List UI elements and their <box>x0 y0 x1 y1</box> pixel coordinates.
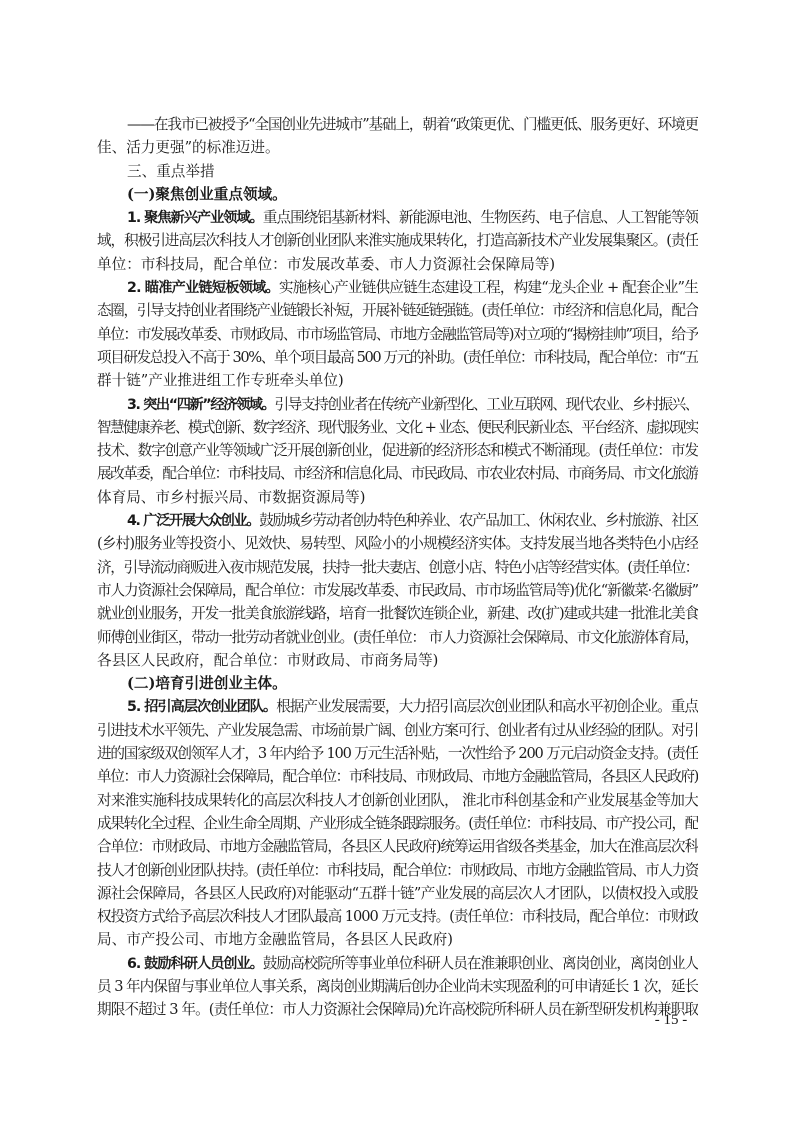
text-line: ——在我市已被授予“全国创业先进城市”基础上，朝着“政策更优、门槛更低、服务更好… <box>97 113 698 136</box>
line-text: (乡村)服务业等投资小、见效快、易转型、风险小的小规模经济实体。支持发展当地各类… <box>97 535 698 552</box>
line-text: 局、市产投公司、市地方金融监管局，各县区人民政府) <box>97 931 453 948</box>
line-text: 源社会保障局，各县区人民政府)对能驱动“五群十链”产业发展的高层次人才团队，以债… <box>97 885 698 902</box>
text-line: 局、市产投公司、市地方金融监管局，各县区人民政府) <box>97 928 698 951</box>
item-heading: 3. 突出“四新”经济领域。 <box>127 397 274 413</box>
text-line: 域，积极引进高层次科技人才创新创业团队来淮实施成果转化，打造高新技术产业发展集聚… <box>97 229 698 252</box>
text-line: 源社会保障局，各县区人民政府)对能驱动“五群十链”产业发展的高层次人才团队，以债… <box>97 882 698 905</box>
text-line: 体育局、市乡村振兴局、市数据资源局等) <box>97 486 698 509</box>
text-line: 技术、数字创意产业等领域广泛开展创新创业，促进新的经济形态和模式不断涌现。(责任… <box>97 439 698 462</box>
text-line: 济，引导流动商贩进入夜市规范发展，扶持一批夫妻店、创意小店、特色小店等经营实体。… <box>97 556 698 579</box>
line-text: 成果转化全过程、企业生命全周期、产业形成全链条跟踪服务。(责任单位：市科技局、市… <box>97 815 698 832</box>
line-text: 单位：市人力资源社会保障局，配合单位：市科技局、市财政局、市地方金融监管局，各县… <box>97 768 698 785</box>
text-line: 群十链”产业推进组工作专班牵头单位) <box>97 369 698 392</box>
text-line: (一)聚焦创业重点领域。 <box>97 183 698 206</box>
text-line: 成果转化全过程、企业生命全周期、产业形成全链条跟踪服务。(责任单位：市科技局、市… <box>97 812 698 835</box>
line-text: 济，引导流动商贩进入夜市规范发展，扶持一批夫妻店、创意小店、特色小店等经营实体。… <box>97 559 698 576</box>
item-heading: 1. 聚焦新兴产业领域。 <box>127 210 263 226</box>
page-number: - 15 - <box>646 1012 696 1029</box>
text-line: 6. 鼓励科研人员创业。鼓励高校院所等事业单位科研人员在淮兼职创业、离岗创业，离… <box>97 952 698 975</box>
line-text: 实施核心产业链供应链生态建设工程，构建“龙头企业 + 配套企业”生 <box>279 279 698 296</box>
line-text: 技术、数字创意产业等领域广泛开展创新创业，促进新的经济形态和模式不断涌现。(责任… <box>97 442 698 459</box>
text-line: 权投资方式给予高层次科技人才团队最高 1000 万元支持。(责任单位：市科技局，… <box>97 905 698 928</box>
line-text: 对来淮实施科技成果转化的高层次科技人才创新创业团队， 淮北市科创基金和产业发展基… <box>97 792 698 809</box>
text-line: 期限不超过 3 年。(责任单位：市人力资源社会保障局)允许高校院所科研人员在新型… <box>97 998 698 1021</box>
item-heading: 5. 招引高层次创业团队。 <box>127 699 276 715</box>
line-text: 展改革委，配合单位：市科技局、市经济和信息化局、市民政局、市农业农村局、市商务局… <box>97 465 698 482</box>
text-line: 合单位：市财政局、市地方金融监管局，各县区人民政府)统筹运用省级各类基金，加大在… <box>97 835 698 858</box>
section-heading: (二)培育引进创业主体。 <box>127 675 287 692</box>
text-line: 师傅创业街区，带动一批劳动者就业创业。(责任单位： 市人力资源社会保障局、市文化… <box>97 626 698 649</box>
text-line: 展改革委，配合单位：市科技局、市经济和信息化局、市民政局、市农业农村局、市商务局… <box>97 462 698 485</box>
line-text: 权投资方式给予高层次科技人才团队最高 1000 万元支持。(责任单位：市科技局，… <box>97 908 698 925</box>
text-line: (乡村)服务业等投资小、见效快、易转型、风险小的小规模经济实体。支持发展当地各类… <box>97 532 698 555</box>
line-text: 鼓励城乡劳动者创办特色种养业、农产品加工、休闲农业、乡村旅游、社区 <box>259 512 698 529</box>
text-line: 5. 招引高层次创业团队。根据产业发展需要，大力招引高层次创业团队和高水平初创企… <box>97 695 698 718</box>
text-line: 单位：市发展改革委、市财政局、市市场监管局、市地方金融监管局等)对立项的“揭榜挂… <box>97 323 698 346</box>
text-line: 2. 瞄准产业链短板领域。实施核心产业链供应链生态建设工程，构建“龙头企业 + … <box>97 276 698 299</box>
text-line: (二)培育引进创业主体。 <box>97 672 698 695</box>
line-text: ——在我市已被授予“全国创业先进城市”基础上，朝着“政策更优、门槛更低、服务更好… <box>127 116 698 133</box>
line-text: 引进技术水平领先、产业发展急需、市场前景广阔、创业方案可行、创业者有过从业经验的… <box>97 722 698 739</box>
text-line: 引进技术水平领先、产业发展急需、市场前景广阔、创业方案可行、创业者有过从业经验的… <box>97 719 698 742</box>
line-text: 佳、活力更强”的标准迈进。 <box>97 139 280 156</box>
text-line: 对来淮实施科技成果转化的高层次科技人才创新创业团队， 淮北市科创基金和产业发展基… <box>97 789 698 812</box>
text-line: 单位：市科技局，配合单位：市发展改革委、市人力资源社会保障局等) <box>97 253 698 276</box>
text-line: 员 3 年内保留与事业单位人事关系，离岗创业期满后创办企业尚未实现盈利的可申请延… <box>97 975 698 998</box>
text-line: 市人力资源社会保障局，配合单位：市发展改革委、市民政局、市市场监管局等)优化“新… <box>97 579 698 602</box>
line-text: 合单位：市财政局、市地方金融监管局，各县区人民政府)统筹运用省级各类基金，加大在… <box>97 838 698 855</box>
text-line: 1. 聚焦新兴产业领域。重点围绕铝基新材料、新能源电池、生物医药、电子信息、人工… <box>97 206 698 229</box>
line-text: 引导支持创业者在传统产业新型化、工业互联网、现代农业、乡村振兴、 <box>274 396 698 413</box>
line-text: 根据产业发展需要，大力招引高层次创业团队和高水平初创企业。重点 <box>276 698 698 715</box>
line-text: 鼓励高校院所等事业单位科研人员在淮兼职创业、离岗创业，离岗创业人 <box>263 955 698 972</box>
line-text: 项目研发总投入不高于 30%、单个项目最高 500 万元的补助。(责任单位：市科… <box>97 349 698 366</box>
line-text: 就业创业服务，开发一批美食旅游线路，培育一批餐饮连锁企业，新建、改(扩)建或共建… <box>97 605 698 622</box>
item-heading: 2. 瞄准产业链短板领域。 <box>127 280 279 296</box>
line-text: 员 3 年内保留与事业单位人事关系，离岗创业期满后创办企业尚未实现盈利的可申请延… <box>97 978 698 995</box>
line-text: 态圈，引导支持创业者围绕产业链锻长补短，开展补链延链强链。(责任单位：市经济和信… <box>97 302 698 319</box>
text-line: 智慧健康养老、模式创新、数字经济、现代服务业、文化 + 业态、便民利民新业态、平… <box>97 416 698 439</box>
text-line: 进的国家级双创领军人才，3 年内给予 100 万元生活补贴，一次性给予 200 … <box>97 742 698 765</box>
text-line: 态圈，引导支持创业者围绕产业链锻长补短，开展补链延链强链。(责任单位：市经济和信… <box>97 299 698 322</box>
item-heading: 6. 鼓励科研人员创业。 <box>127 956 263 972</box>
line-text: 技人才创新创业团队扶持。(责任单位：市科技局，配合单位：市财政局、市地方金融监管… <box>97 862 698 879</box>
text-line: 各县区人民政府，配合单位：市财政局、市商务局等) <box>97 649 698 672</box>
line-text: 体育局、市乡村振兴局、市数据资源局等) <box>97 489 365 506</box>
section-heading: (一)聚焦创业重点领域。 <box>127 186 287 203</box>
body-text: ——在我市已被授予“全国创业先进城市”基础上，朝着“政策更优、门槛更低、服务更好… <box>97 113 698 1022</box>
line-text: 域，积极引进高层次科技人才创新创业团队来淮实施成果转化，打造高新技术产业发展集聚… <box>97 232 698 249</box>
text-line: 项目研发总投入不高于 30%、单个项目最高 500 万元的补助。(责任单位：市科… <box>97 346 698 369</box>
text-line: 技人才创新创业团队扶持。(责任单位：市科技局，配合单位：市财政局、市地方金融监管… <box>97 859 698 882</box>
document-page: ——在我市已被授予“全国创业先进城市”基础上，朝着“政策更优、门槛更低、服务更好… <box>0 0 793 1122</box>
line-text: 市人力资源社会保障局，配合单位：市发展改革委、市民政局、市市场监管局等)优化“新… <box>97 582 698 599</box>
item-heading: 4. 广泛开展大众创业。 <box>127 513 259 529</box>
line-text: 重点围绕铝基新材料、新能源电池、生物医药、电子信息、人工智能等领 <box>263 209 698 226</box>
line-text: 三、重点举措 <box>127 163 215 180</box>
line-text: 师傅创业街区，带动一批劳动者就业创业。(责任单位： 市人力资源社会保障局、市文化… <box>97 629 698 646</box>
text-line: 三、重点举措 <box>97 160 698 183</box>
text-line: 佳、活力更强”的标准迈进。 <box>97 136 698 159</box>
line-text: 单位：市发展改革委、市财政局、市市场监管局、市地方金融监管局等)对立项的“揭榜挂… <box>97 326 698 343</box>
line-text: 群十链”产业推进组工作专班牵头单位) <box>97 372 344 389</box>
line-text: 单位：市科技局，配合单位：市发展改革委、市人力资源社会保障局等) <box>97 256 555 273</box>
line-text: 进的国家级双创领军人才，3 年内给予 100 万元生活补贴，一次性给予 200 … <box>97 745 698 762</box>
line-text: 各县区人民政府，配合单位：市财政局、市商务局等) <box>97 652 438 669</box>
line-text: 期限不超过 3 年。(责任单位：市人力资源社会保障局)允许高校院所科研人员在新型… <box>97 1001 698 1018</box>
text-line: 单位：市人力资源社会保障局，配合单位：市科技局、市财政局、市地方金融监管局，各县… <box>97 765 698 788</box>
text-line: 就业创业服务，开发一批美食旅游线路，培育一批餐饮连锁企业，新建、改(扩)建或共建… <box>97 602 698 625</box>
line-text: 智慧健康养老、模式创新、数字经济、现代服务业、文化 + 业态、便民利民新业态、平… <box>97 419 698 436</box>
text-line: 3. 突出“四新”经济领域。引导支持创业者在传统产业新型化、工业互联网、现代农业… <box>97 393 698 416</box>
text-line: 4. 广泛开展大众创业。鼓励城乡劳动者创办特色种养业、农产品加工、休闲农业、乡村… <box>97 509 698 532</box>
